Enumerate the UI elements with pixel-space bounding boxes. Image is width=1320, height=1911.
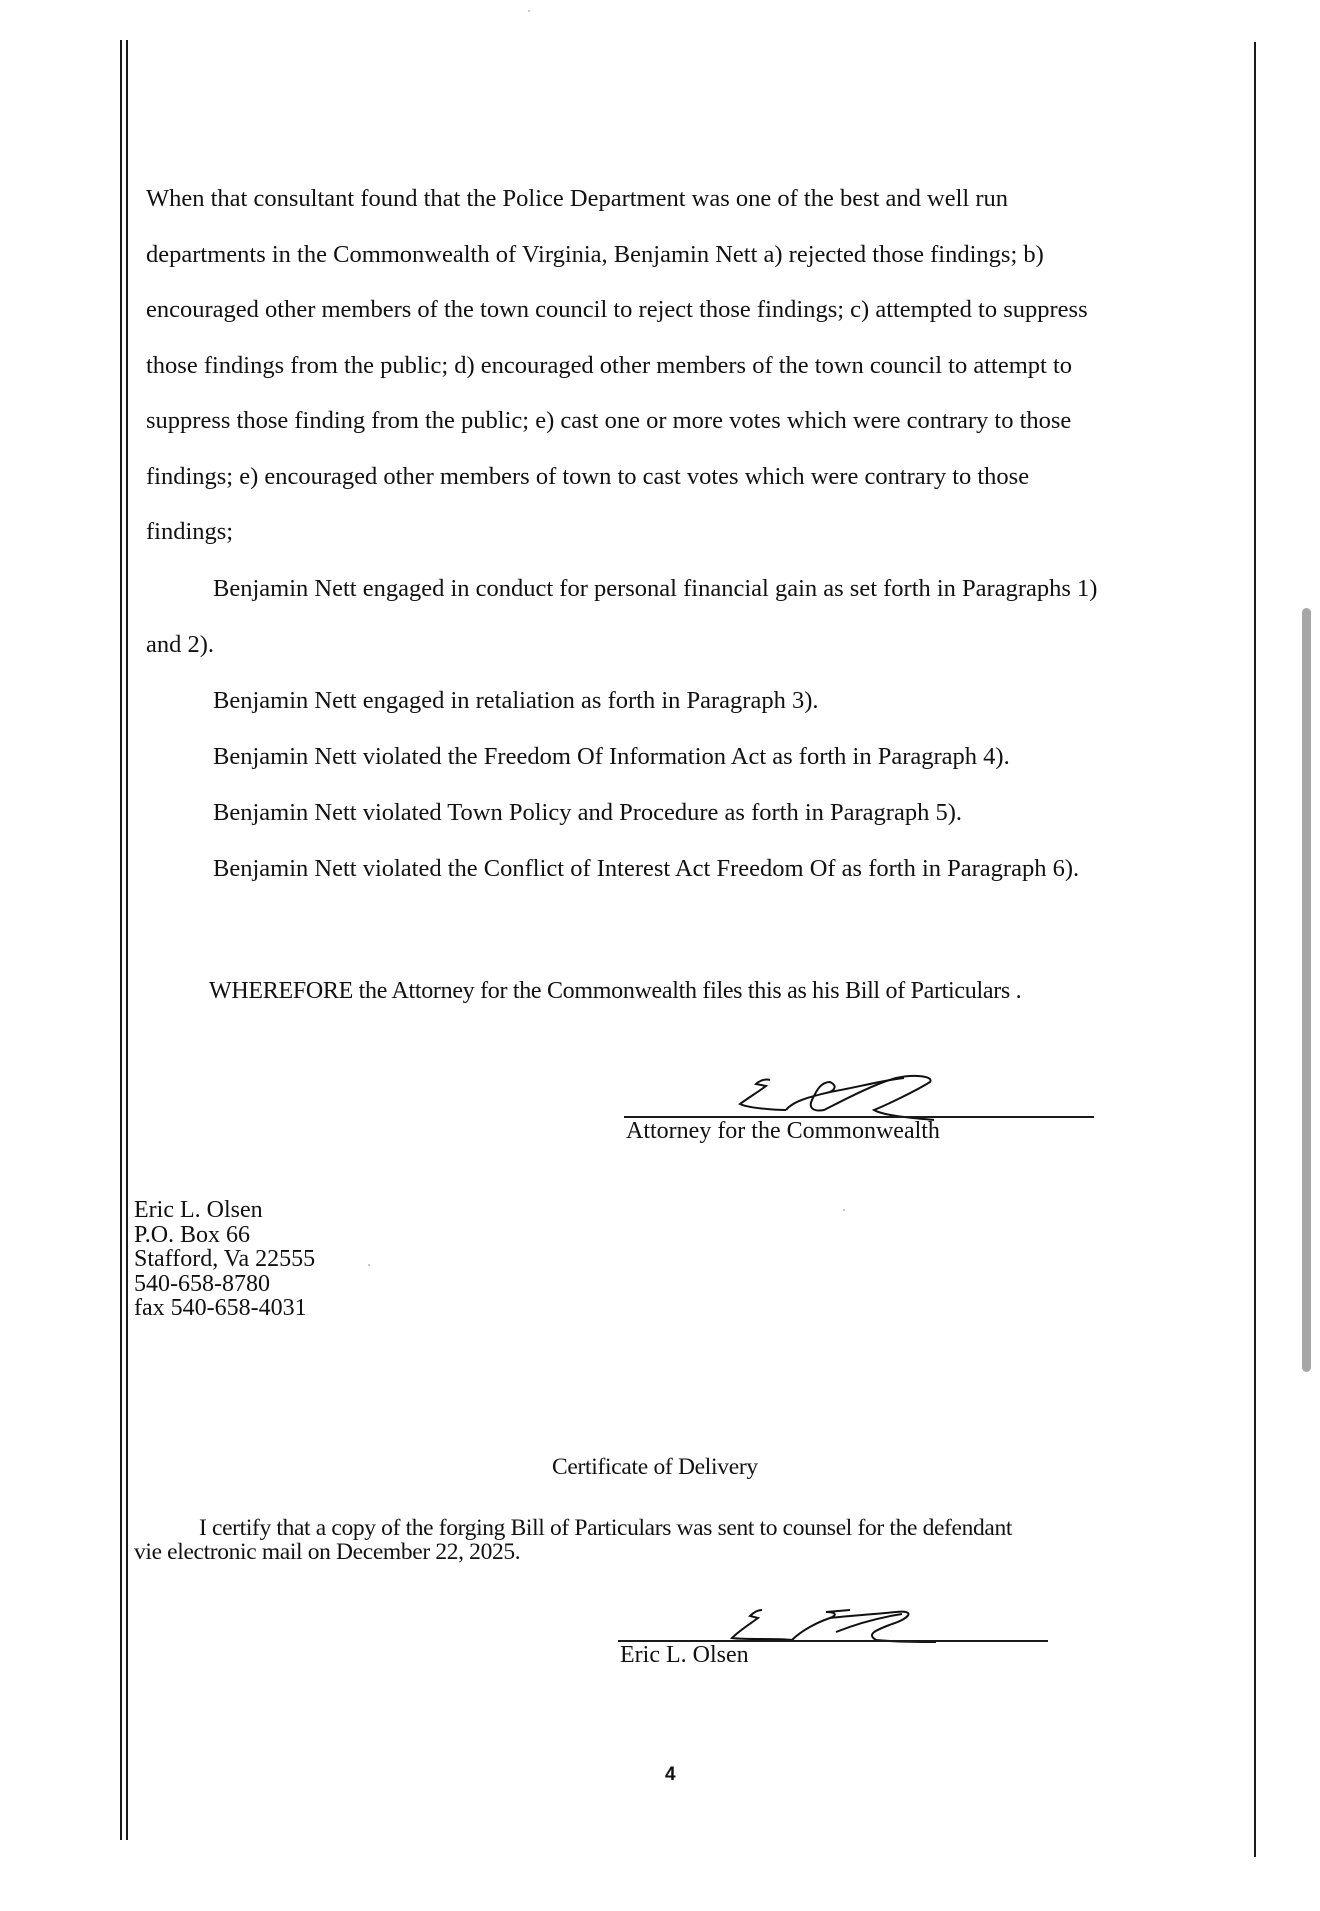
left-margin-rule: [120, 40, 122, 1840]
signature-label: Eric L. Olsen: [620, 1642, 749, 1669]
address-fax: fax 540-658-4031: [134, 1296, 315, 1321]
right-margin-rule: [1254, 42, 1256, 1857]
address-po-box: P.O. Box 66: [134, 1223, 315, 1248]
attorney-signature-block: Attorney for the Commonwealth: [624, 1070, 1094, 1150]
violation-item: Benjamin Nett violated Town Policy and P…: [213, 799, 962, 827]
certificate-title: Certificate of Delivery: [552, 1454, 758, 1481]
body-line: suppress those finding from the public; …: [146, 407, 1071, 435]
financial-gain-line: Benjamin Nett engaged in conduct for per…: [213, 575, 1097, 603]
violation-item: Benjamin Nett violated the Freedom Of In…: [213, 743, 1010, 771]
scan-speck: [528, 10, 530, 12]
scan-speck: [368, 1264, 370, 1266]
financial-gain-line-continued: and 2).: [146, 631, 214, 659]
violation-item: Benjamin Nett violated the Conflict of I…: [213, 855, 1079, 883]
attorney-address: Eric L. Olsen P.O. Box 66 Stafford, Va 2…: [134, 1198, 315, 1321]
scrollbar-thumb[interactable]: [1302, 608, 1311, 1372]
body-line: When that consultant found that the Poli…: [146, 185, 1008, 213]
left-margin-rule-inner: [126, 40, 128, 1840]
body-line: findings;: [146, 518, 233, 546]
address-phone: 540-658-8780: [134, 1272, 315, 1297]
address-city-state-zip: Stafford, Va 22555: [134, 1247, 315, 1272]
document-page: When that consultant found that the Poli…: [0, 0, 1320, 1911]
body-line: those findings from the public; d) encou…: [146, 352, 1072, 380]
signature-label: Attorney for the Commonwealth: [626, 1118, 940, 1145]
address-name: Eric L. Olsen: [134, 1198, 315, 1223]
certificate-line: vie electronic mail on December 22, 2025…: [134, 1540, 520, 1564]
body-line: departments in the Commonwealth of Virgi…: [146, 241, 1044, 269]
signature-image: [734, 1070, 974, 1122]
wherefore-clause: WHEREFORE the Attorney for the Commonwea…: [209, 978, 1021, 1005]
body-line: findings; e) encouraged other members of…: [146, 463, 1029, 491]
violation-item: Benjamin Nett engaged in retaliation as …: [213, 687, 819, 715]
body-line: encouraged other members of the town cou…: [146, 296, 1088, 324]
olsen-signature-block: Eric L. Olsen: [618, 1600, 1048, 1680]
scan-speck: [843, 1209, 845, 1211]
page-number: 4: [665, 1764, 676, 1786]
certificate-line: I certify that a copy of the forging Bil…: [199, 1516, 1012, 1540]
